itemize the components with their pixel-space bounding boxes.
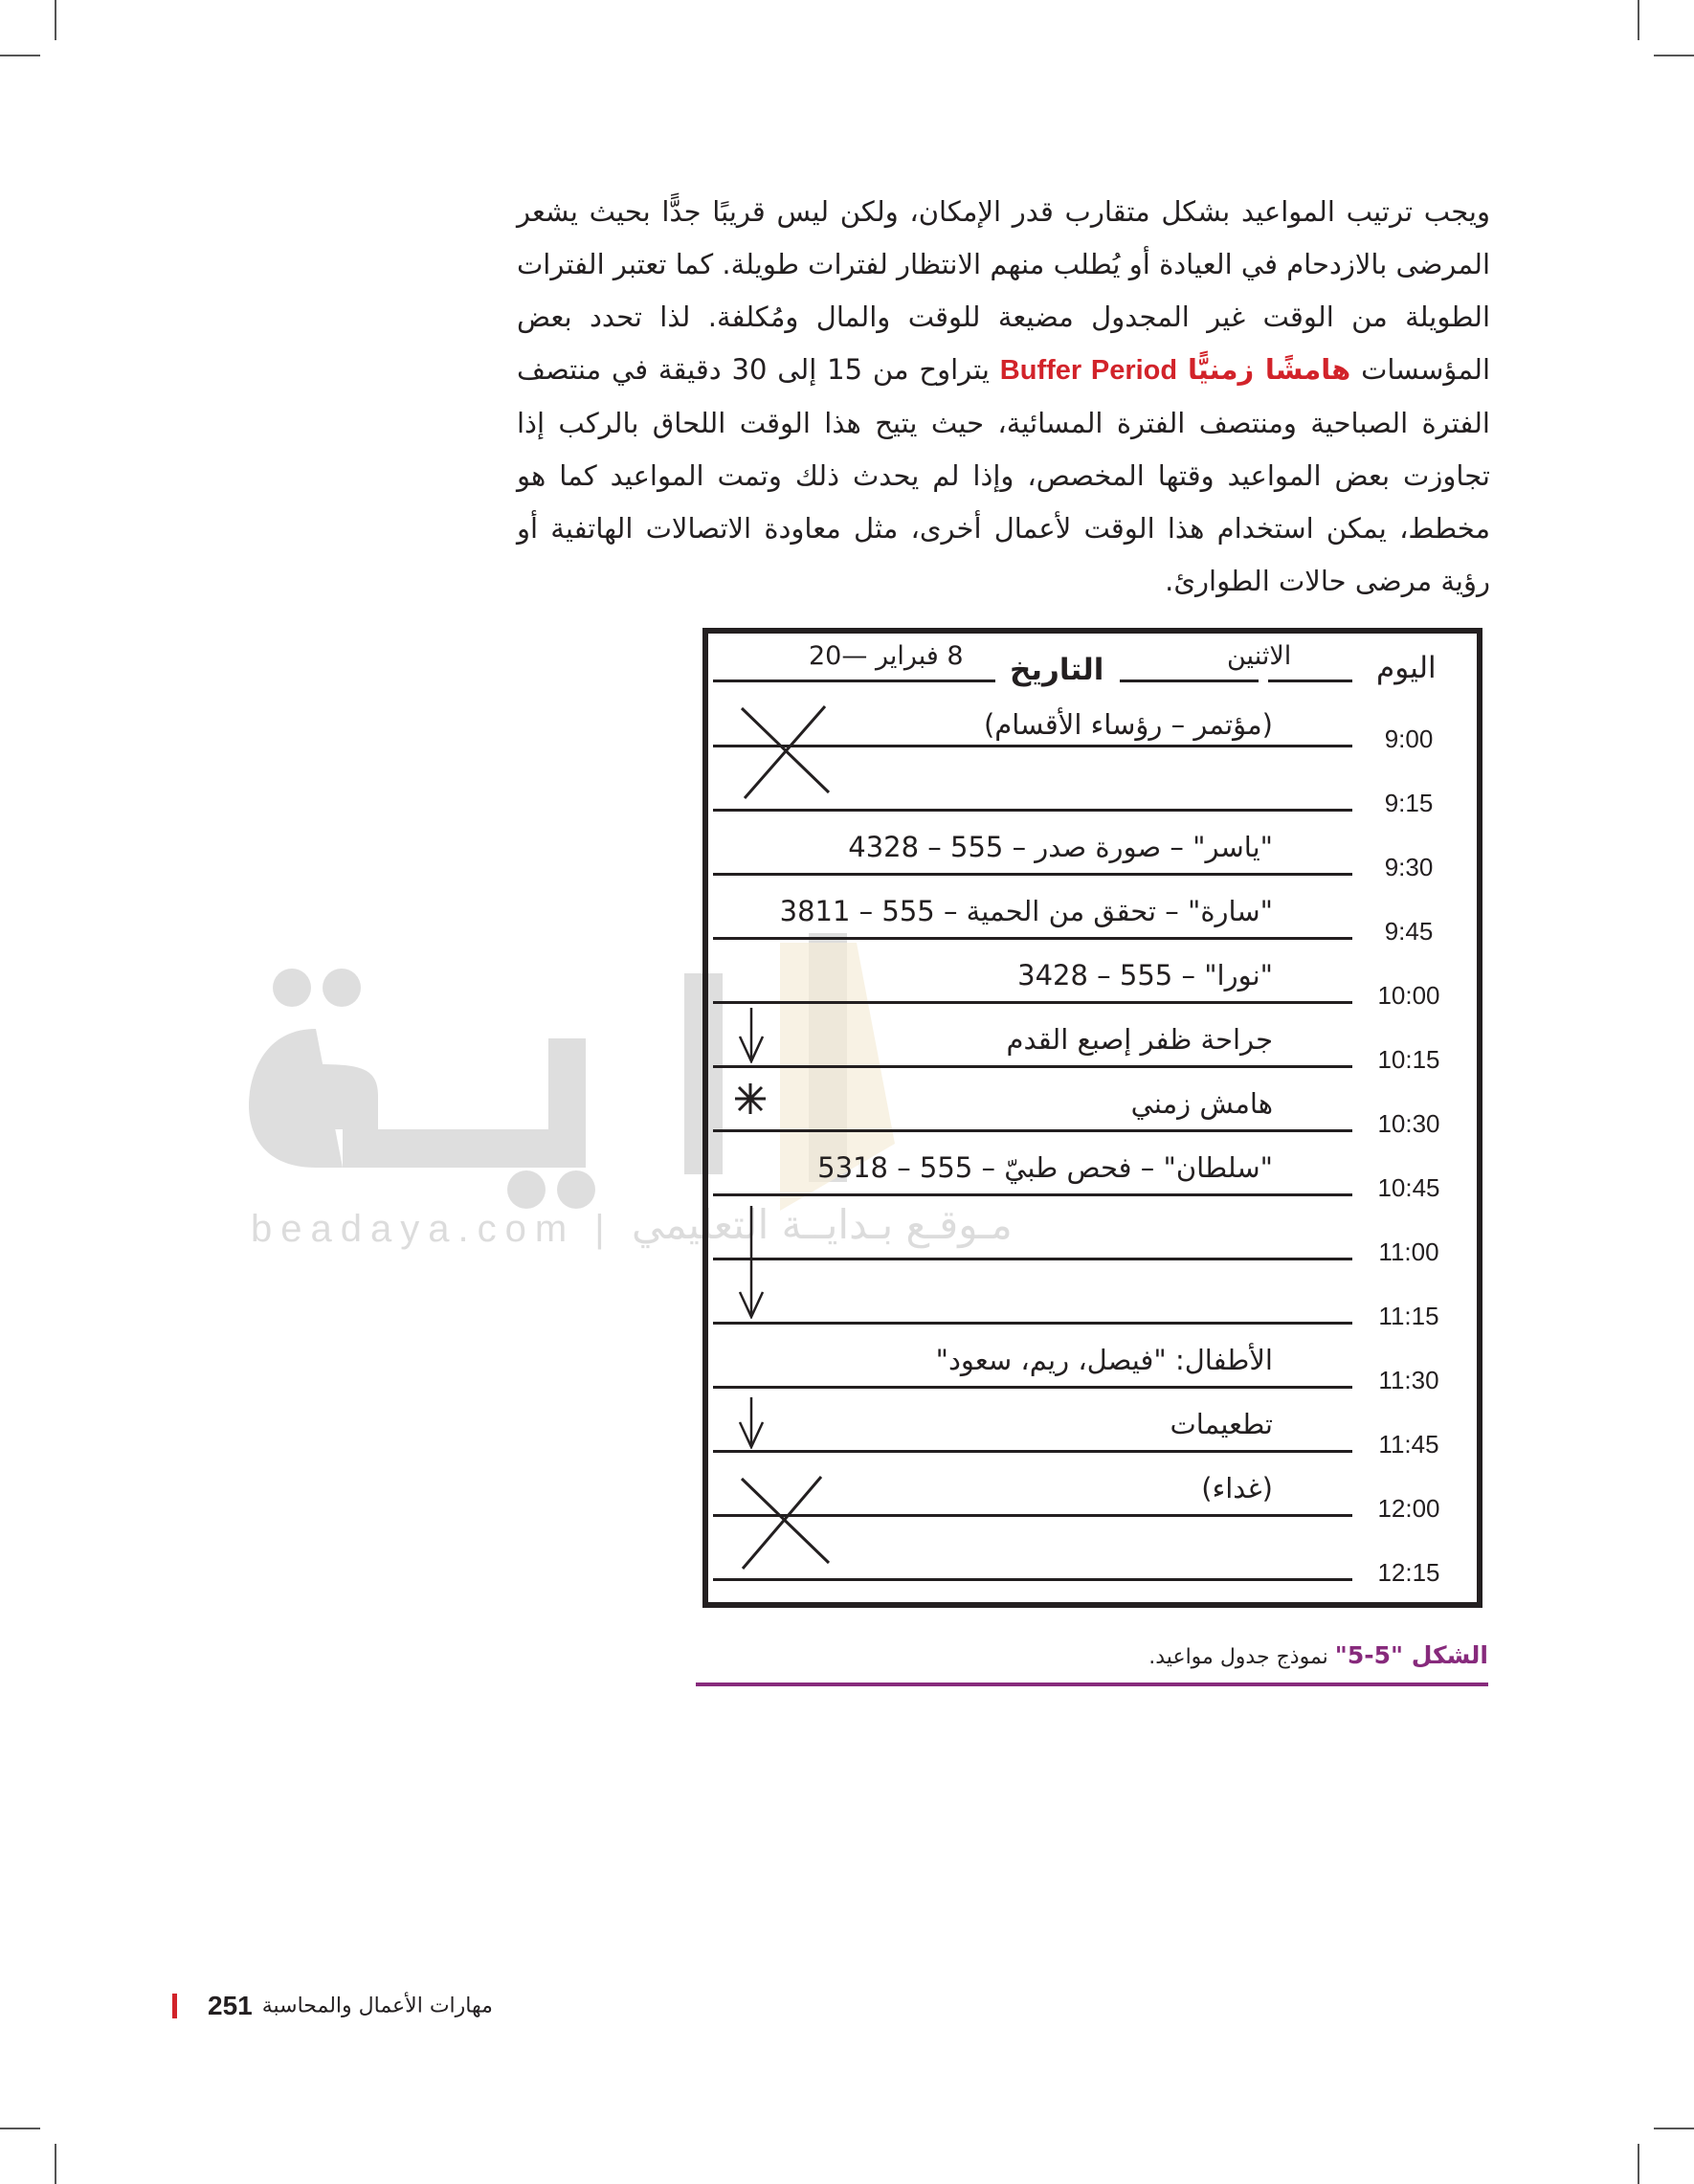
- entry-conference: (مؤتمر – رؤساء الأقسام): [984, 708, 1273, 741]
- entry-children: الأطفال: "فيصل، ريم، سعود": [936, 1344, 1273, 1376]
- time-slot: 11:15: [1361, 1302, 1457, 1331]
- page-number: 251: [208, 1991, 253, 2020]
- term-arabic: هامشًا زمنيًّا: [1188, 353, 1350, 386]
- day-label: اليوم: [1376, 651, 1437, 685]
- time-slot: 12:15: [1361, 1558, 1457, 1588]
- caption-divider: [696, 1683, 1488, 1686]
- row-line: [713, 1129, 1352, 1132]
- watermark-separator: |: [594, 1208, 613, 1250]
- down-arrow-icon: [737, 1397, 766, 1449]
- row-line: [713, 1065, 1352, 1068]
- x-cross-icon: [737, 1475, 833, 1571]
- long-down-arrow-icon: [737, 1206, 766, 1319]
- row-line: [713, 1258, 1352, 1260]
- time-slot: 9:15: [1361, 789, 1457, 818]
- crop-mark: [55, 2144, 56, 2184]
- row-line: [713, 1450, 1352, 1453]
- down-arrow-icon: [737, 1008, 766, 1063]
- asterisk-icon: [733, 1081, 768, 1116]
- day-value-underline: [1120, 680, 1259, 682]
- crop-mark: [1654, 2128, 1694, 2129]
- figure-caption: الشكل "5-5" نموذج جدول مواعيد.: [1148, 1641, 1488, 1669]
- page-footer: 251مهارات الأعمال والمحاسبة: [172, 1991, 493, 2021]
- book-title: مهارات الأعمال والمحاسبة: [262, 1995, 493, 2018]
- time-slot: 9:30: [1361, 853, 1457, 882]
- row-line: [713, 1578, 1352, 1581]
- entry-vaccinations: تطعيمات: [1170, 1408, 1273, 1440]
- day-underline: [1268, 680, 1352, 682]
- date-label: التاريخ: [1010, 653, 1103, 687]
- day-value: الاثنين: [1227, 641, 1291, 671]
- row-line: [713, 809, 1352, 812]
- entry-toenail-surgery: جراحة ظفر إصبع القدم: [1007, 1023, 1273, 1056]
- crop-mark: [1654, 55, 1694, 56]
- entry-noura: "نورا" – 555 – 3428: [1017, 959, 1273, 992]
- date-value: 8 فبراير —20: [809, 641, 964, 671]
- row-line: [713, 937, 1352, 940]
- watermark-site: beadaya.com |: [251, 1208, 613, 1251]
- time-slot: 11:00: [1361, 1237, 1457, 1267]
- time-slot: 9:45: [1361, 917, 1457, 947]
- time-slot: 11:45: [1361, 1430, 1457, 1460]
- time-slot: 10:30: [1361, 1109, 1457, 1139]
- time-slot: 10:00: [1361, 981, 1457, 1011]
- row-line: [713, 873, 1352, 876]
- figure-label: الشكل "5-5": [1335, 1641, 1488, 1669]
- time-slot: 11:30: [1361, 1366, 1457, 1395]
- x-cross-icon: [737, 704, 833, 800]
- crop-mark: [1638, 0, 1639, 40]
- date-underline: [713, 680, 995, 682]
- row-line: [713, 1386, 1352, 1389]
- body-paragraph: ويجب ترتيب المواعيد بشكل متقارب قدر الإم…: [517, 186, 1490, 608]
- row-line: [713, 1001, 1352, 1004]
- crop-mark: [0, 2128, 40, 2129]
- figure-caption-text: نموذج جدول مواعيد.: [1148, 1645, 1335, 1669]
- entry-buffer: هامش زمني: [1131, 1087, 1273, 1120]
- row-line: [713, 1193, 1352, 1196]
- crop-mark: [55, 0, 56, 40]
- time-slot: 10:45: [1361, 1173, 1457, 1203]
- watermark-site-text: beadaya.com: [251, 1208, 575, 1250]
- entry-lunch: (غداء): [1201, 1472, 1273, 1504]
- time-slot: 10:15: [1361, 1045, 1457, 1075]
- paragraph-text-cont: يتراوح من 15 إلى 30 دقيقة في منتصف الفتر…: [517, 353, 1490, 597]
- term-english: Buffer Period: [1000, 355, 1177, 386]
- footer-accent-bar: [172, 1994, 177, 2018]
- crop-mark: [1638, 2144, 1639, 2184]
- entry-sultan: "سلطان" – فحص طبيّ – 555 – 5318: [817, 1151, 1273, 1184]
- row-line: [713, 1322, 1352, 1325]
- crop-mark: [0, 55, 40, 56]
- time-slot: 9:00: [1361, 724, 1457, 754]
- time-slot: 12:00: [1361, 1494, 1457, 1524]
- entry-sara: "سارة" – تحقق من الحمية – 555 – 3811: [780, 895, 1273, 927]
- entry-yasser: "ياسر" – صورة صدر – 555 – 4328: [848, 831, 1273, 863]
